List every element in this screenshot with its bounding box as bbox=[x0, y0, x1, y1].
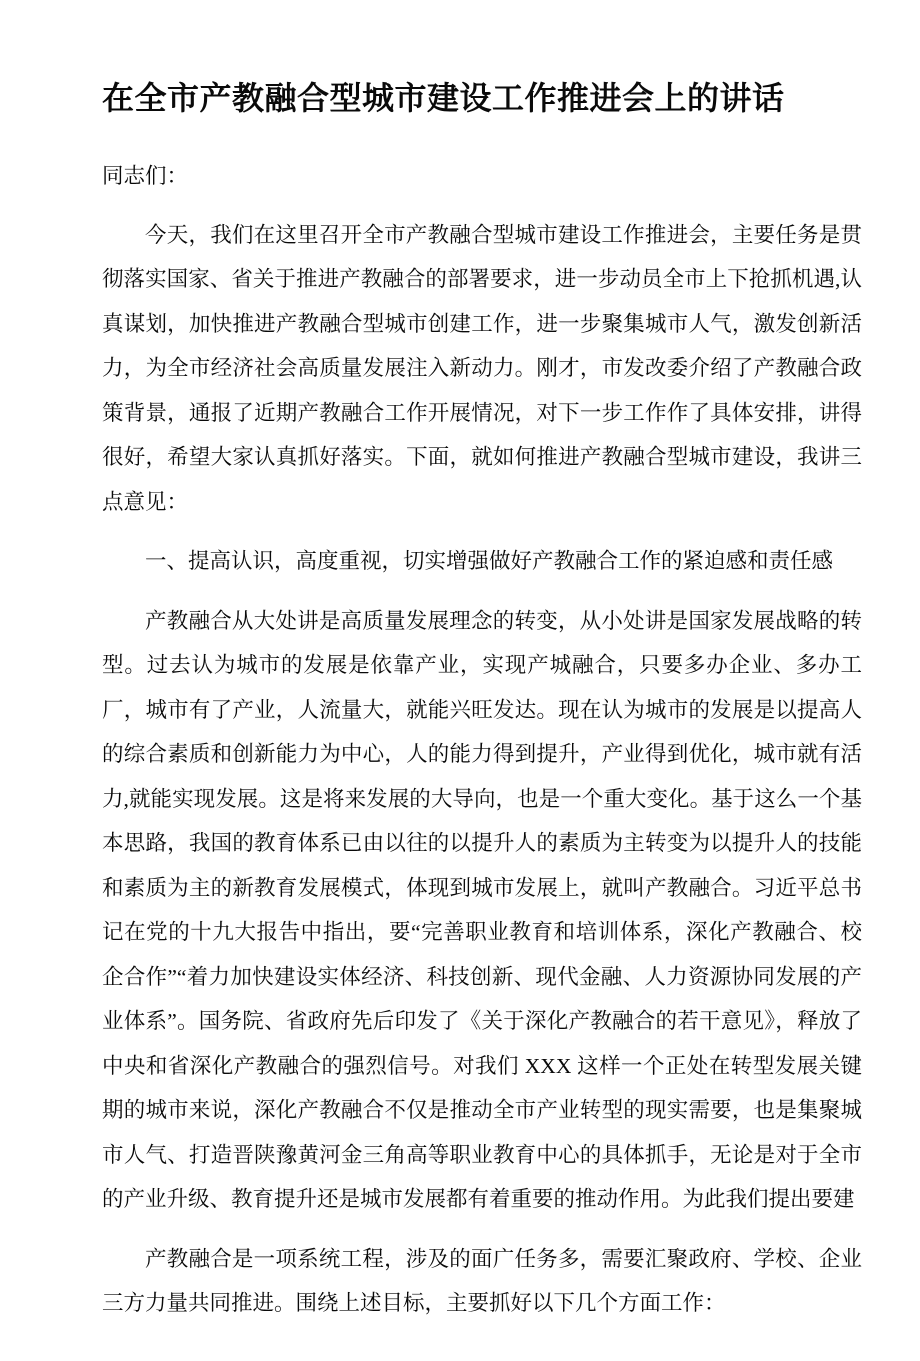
section-heading-1: 一、提高认识，高度重视，切实增强做好产教融合工作的紧迫感和责任感 bbox=[102, 539, 862, 584]
paragraph-body: 产教融合从大处讲是高质量发展理念的转变，从小处讲是国家发展战略的转型。过去认为城… bbox=[102, 599, 862, 1222]
paragraph-closing: 产教融合是一项系统工程，涉及的面广任务多，需要汇聚政府、学校、企业三方力量共同推… bbox=[102, 1237, 862, 1326]
document-page: 在全市产教融合型城市建设工作推进会上的讲话 同志们： 今天，我们在这里召开全市产… bbox=[0, 0, 920, 1361]
paragraph-opening: 今天，我们在这里召开全市产教融合型城市建设工作推进会，主要任务是贯彻落实国家、省… bbox=[102, 213, 862, 525]
document-title: 在全市产教融合型城市建设工作推进会上的讲话 bbox=[102, 76, 862, 121]
salutation: 同志们： bbox=[102, 154, 862, 199]
